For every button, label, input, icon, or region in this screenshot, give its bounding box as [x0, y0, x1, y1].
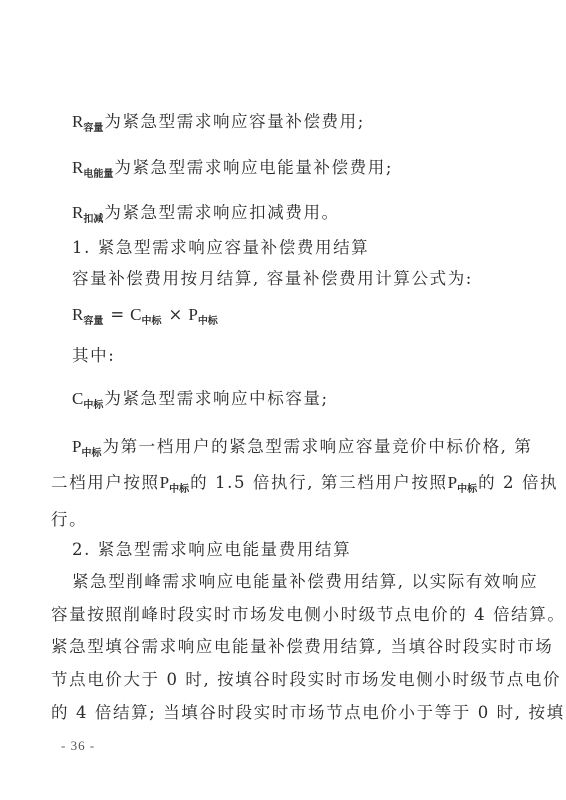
definition-text: 为紧急型需求响应中标容量; — [104, 389, 328, 408]
subscript: 扣减 — [83, 214, 103, 225]
subscript: 容量 — [83, 123, 103, 134]
text-segment: 二档用户按照 — [51, 473, 160, 492]
symbol: P — [160, 473, 169, 492]
definition-text: 为紧急型需求响应电能量补偿费用; — [114, 158, 393, 177]
definition-text: 为紧急型需求响应容量补偿费用; — [104, 112, 365, 131]
formula: R容量=C中标×P中标 — [72, 305, 219, 332]
section2-paragraph-line: 容量按照削峰时段实时市场发电侧小时级节点电价的 4 倍结算。 — [51, 605, 566, 625]
definition-text: 为第一档用户的紧急型需求响应容量竞价中标价格, 第 — [102, 437, 532, 456]
equals-sign: = — [110, 305, 124, 324]
subscript: 中标 — [81, 448, 101, 459]
section2-paragraph-line: 的 4 倍结算; 当填谷时段实时市场节点电价小于等于 0 时, 按填 — [51, 703, 565, 723]
subscript: 中标 — [457, 484, 477, 495]
definition-p-winning-line2: 二档用户按照P中标的 1.5 倍执行, 第三档用户按照P中标的 2 倍执 — [51, 473, 558, 500]
formula-term1: C — [130, 305, 141, 324]
text-segment: 的 1.5 倍执行, 第三档用户按照 — [190, 473, 448, 492]
formula-lhs: R — [72, 305, 83, 324]
definition-p-winning-line3: 行。 — [51, 510, 87, 530]
definition-text: 为紧急型需求响应扣减费用。 — [104, 203, 339, 222]
formula-term1-sub: 中标 — [142, 316, 162, 327]
section2-paragraph-line: 节点电价大于 0 时, 按填谷时段实时市场发电侧小时级节点电价 — [51, 670, 561, 690]
text-segment: 的 2 倍执 — [478, 473, 558, 492]
section2-paragraph-line: 紧急型削峰需求响应电能量补偿费用结算, 以实际有效响应 — [72, 572, 538, 592]
formula-term2-sub: 中标 — [198, 316, 218, 327]
section2-heading: 2. 紧急型需求响应电能量费用结算 — [72, 540, 351, 560]
formula-term2: P — [188, 305, 197, 324]
page-number: - 36 - — [61, 738, 95, 754]
definition-r-capacity: R容量为紧急型需求响应容量补偿费用; — [72, 112, 365, 139]
subscript: 电能量 — [83, 169, 113, 180]
definition-c-winning: C中标为紧急型需求响应中标容量; — [72, 389, 329, 416]
section1-heading: 1. 紧急型需求响应容量补偿费用结算 — [72, 238, 369, 258]
symbol: R — [72, 203, 83, 222]
subscript: 中标 — [169, 484, 189, 495]
definition-p-winning-line1: P中标为第一档用户的紧急型需求响应容量竞价中标价格, 第 — [72, 437, 532, 464]
subscript: 中标 — [83, 400, 103, 411]
definition-r-energy: R电能量为紧急型需求响应电能量补偿费用; — [72, 158, 393, 185]
symbol: R — [72, 158, 83, 177]
section1-intro: 容量补偿费用按月结算, 容量补偿费用计算公式为: — [72, 269, 473, 289]
formula-lhs-sub: 容量 — [83, 316, 103, 327]
times-sign: × — [169, 305, 183, 324]
symbol: R — [72, 112, 83, 131]
section2-paragraph-line: 紧急型填谷需求响应电能量补偿费用结算, 当填谷时段实时市场 — [51, 637, 553, 657]
symbol: C — [72, 389, 83, 408]
where-label: 其中: — [72, 346, 115, 366]
definition-r-deduction: R扣减为紧急型需求响应扣减费用。 — [72, 203, 340, 230]
symbol: P — [448, 473, 457, 492]
